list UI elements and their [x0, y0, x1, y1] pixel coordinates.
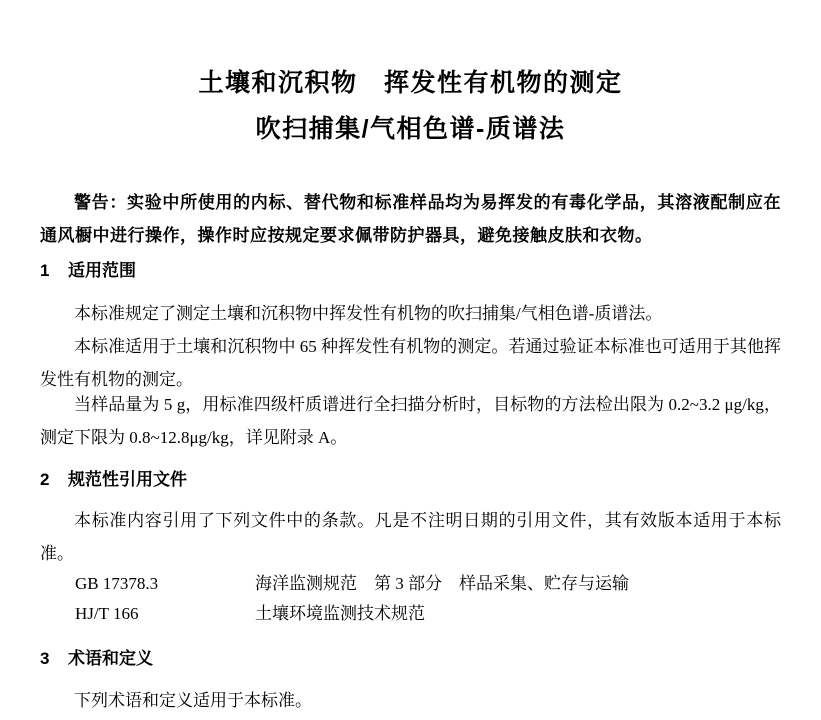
document-title-line2: 吹扫捕集/气相色谱-质谱法	[0, 112, 821, 146]
section-2-title: 规范性引用文件	[68, 470, 187, 489]
section-2-number: 2	[40, 467, 68, 493]
section-1-paragraph-2: 本标准适用于土壤和沉积物中 65 种挥发性有机物的测定。若通过验证本标准也可适用…	[40, 330, 781, 396]
standard-document-page: 土壤和沉积物 挥发性有机物的测定 吹扫捕集/气相色谱-质谱法 警告：实验中所使用…	[0, 0, 821, 720]
section-1-title: 适用范围	[68, 261, 136, 280]
section-3-title: 术语和定义	[68, 649, 153, 668]
reference-row-gb17378: GB 17378.3 海洋监测规范 第 3 部分 样品采集、贮存与运输	[40, 569, 781, 599]
section-1-paragraph-3: 当样品量为 5 g，用标准四级杆质谱进行全扫描分析时，目标物的方法检出限为 0.…	[40, 388, 781, 454]
section-2-heading: 2规范性引用文件	[40, 467, 781, 493]
reference-title: 海洋监测规范 第 3 部分 样品采集、贮存与运输	[255, 569, 781, 599]
section-1-number: 1	[40, 258, 68, 284]
section-3-heading: 3术语和定义	[40, 646, 781, 672]
section-2-paragraph-1: 本标准内容引用了下列文件中的条款。凡是不注明日期的引用文件，其有效版本适用于本标…	[40, 504, 781, 570]
reference-row-hjt166: HJ/T 166 土壤环境监测技术规范	[40, 599, 781, 629]
section-3-paragraph-1: 下列术语和定义适用于本标准。	[40, 684, 781, 717]
section-1-heading: 1适用范围	[40, 258, 781, 284]
reference-code: GB 17378.3	[75, 569, 255, 599]
reference-title: 土壤环境监测技术规范	[255, 599, 781, 629]
document-title-line1: 土壤和沉积物 挥发性有机物的测定	[0, 66, 821, 100]
reference-code: HJ/T 166	[75, 599, 255, 629]
warning-paragraph: 警告：实验中所使用的内标、替代物和标准样品均为易挥发的有毒化学品，其溶液配制应在…	[40, 186, 781, 252]
section-3-number: 3	[40, 646, 68, 672]
section-1-paragraph-1: 本标准规定了测定土壤和沉积物中挥发性有机物的吹扫捕集/气相色谱-质谱法。	[40, 297, 781, 330]
